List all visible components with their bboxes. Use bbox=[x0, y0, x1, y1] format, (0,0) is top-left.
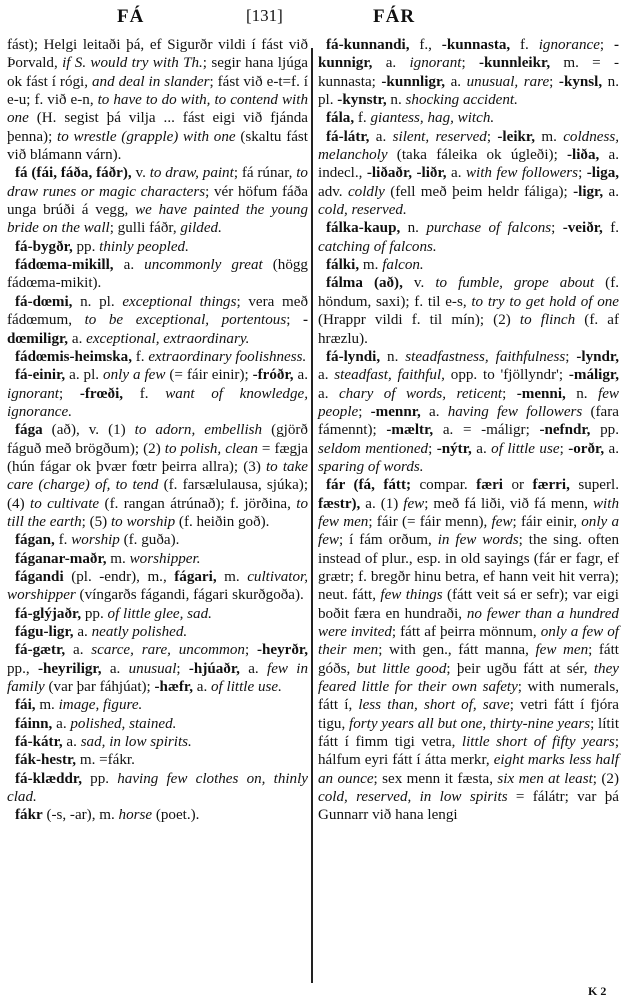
dictionary-entry: fák-hestr, m. =fákr. bbox=[7, 751, 308, 769]
headword: -fróðr, bbox=[253, 367, 294, 383]
entry-text: n. bbox=[400, 220, 426, 236]
headword: færi bbox=[476, 477, 503, 493]
entry-text: ; í fám orðum, bbox=[339, 532, 438, 548]
dictionary-entry: fákr (-s, -ar), m. horse (poet.). bbox=[7, 806, 308, 824]
dictionary-entry: fágu-ligr, a. neatly polished. bbox=[7, 623, 308, 641]
dictionary-entry: fár (fá, fátt; compar. færi or færri, su… bbox=[318, 476, 619, 825]
definition: of little use bbox=[491, 441, 559, 457]
entry-text: a. pl. bbox=[65, 367, 103, 383]
definition: image, figure. bbox=[59, 697, 143, 713]
continued-entry: fást); Helgi leitaði þá, ef Sigurðr vild… bbox=[7, 36, 308, 164]
headword: fá-kunnandi, bbox=[326, 37, 409, 53]
definition: catching of falcons. bbox=[318, 239, 437, 255]
dictionary-entry: fá-látr, a. silent, reserved; -leikr, m.… bbox=[318, 128, 619, 220]
definition: giantess, hag, witch. bbox=[370, 110, 494, 126]
dictionary-entry: fádœmis-heimska, f. extraordinary foolis… bbox=[7, 348, 308, 366]
dictionary-entry: fái, m. image, figure. bbox=[7, 696, 308, 714]
definition: ignorant bbox=[7, 386, 59, 402]
definition: few men bbox=[535, 642, 588, 658]
definition: and deal in slander bbox=[92, 74, 210, 90]
headword: fæstr), bbox=[318, 496, 360, 512]
entry-text: a. = -máligr; bbox=[433, 422, 539, 438]
entry-text: ; bbox=[551, 220, 563, 236]
entry-text: m. bbox=[359, 257, 382, 273]
entry-text: a. bbox=[102, 661, 129, 677]
entry-text: (var þar fáhjúat); bbox=[45, 679, 155, 695]
entry-text: pp. bbox=[73, 239, 99, 255]
headword: fák-hestr, bbox=[15, 752, 76, 768]
definition: few bbox=[492, 514, 513, 530]
definition: neatly polished. bbox=[92, 624, 188, 640]
definition: coldly bbox=[348, 184, 385, 200]
column-divider bbox=[311, 48, 313, 983]
entry-text: a. bbox=[114, 257, 145, 273]
right-column: fá-kunnandi, f., -kunnasta, f. ignorance… bbox=[318, 36, 619, 825]
entry-text: a. bbox=[472, 441, 491, 457]
headword: -lyndr, bbox=[576, 349, 619, 365]
definition: extraordinary foolishness. bbox=[148, 349, 306, 365]
headword: -ligr, bbox=[573, 184, 603, 200]
entry-text: f. bbox=[354, 110, 370, 126]
dictionary-entry: fá-klæddr, pp. having few clothes on, th… bbox=[7, 770, 308, 807]
definition: less than, short of, save bbox=[358, 697, 509, 713]
headword: færri, bbox=[533, 477, 570, 493]
definition: of little use. bbox=[211, 679, 282, 695]
definition: to worship bbox=[111, 514, 175, 530]
entry-text: ; bbox=[286, 312, 303, 328]
definition: steadfastness, faithfulness bbox=[405, 349, 565, 365]
definition: chary of words, reticent bbox=[339, 386, 502, 402]
entry-text: a. bbox=[63, 734, 81, 750]
definition: to cultivate bbox=[30, 496, 99, 512]
definition: sad, in low spirits. bbox=[81, 734, 192, 750]
definition: sparing of words. bbox=[318, 459, 424, 475]
definition: purchase of falcons bbox=[426, 220, 551, 236]
entry-text: pp., bbox=[7, 661, 38, 677]
definition: having few followers bbox=[448, 404, 583, 420]
entry-text: (Hrappr vildi f. til mín); (2) bbox=[318, 312, 520, 328]
entry-text: v. bbox=[132, 165, 150, 181]
dictionary-entry: fágan, f. worship (f. guða). bbox=[7, 531, 308, 549]
entry-text: ; bbox=[560, 441, 569, 457]
headword: -leikr, bbox=[497, 129, 535, 145]
definition: cold, reserved. bbox=[318, 202, 407, 218]
entry-text: (-s, -ar), m. bbox=[43, 807, 119, 823]
definition: to adorn, embellish bbox=[135, 422, 262, 438]
headword: -mæltr, bbox=[386, 422, 433, 438]
definition: few things bbox=[380, 587, 442, 603]
definition: if S. would try with Th. bbox=[62, 55, 203, 71]
headword: -kynsl, bbox=[559, 74, 602, 90]
headword: -kunnleikr, bbox=[479, 55, 550, 71]
headword: fár (fá, fátt; bbox=[326, 477, 411, 493]
headword: -nýtr, bbox=[437, 441, 472, 457]
headword: -liða, bbox=[567, 147, 599, 163]
entry-text: a. bbox=[445, 74, 467, 90]
headword: -liðaðr, -liðr, bbox=[367, 165, 447, 181]
entry-text: or bbox=[503, 477, 533, 493]
dictionary-entry: fáinn, a. polished, stained. bbox=[7, 715, 308, 733]
headword: -veiðr, bbox=[563, 220, 603, 236]
entry-text: m. bbox=[535, 129, 563, 145]
entry-text: f., bbox=[409, 37, 441, 53]
entry-text: (f. heiðin goð). bbox=[175, 514, 269, 530]
entry-text: ; bbox=[176, 661, 189, 677]
headword: -liga, bbox=[587, 165, 619, 181]
entry-text: ; with gen., fátt manna, bbox=[378, 642, 535, 658]
headword: fá-látr, bbox=[326, 129, 369, 145]
entry-text: (= fáir einir); bbox=[165, 367, 252, 383]
definition: six men at least bbox=[497, 771, 592, 787]
dictionary-entry: fá-bygðr, pp. thinly peopled. bbox=[7, 238, 308, 256]
left-column: fást); Helgi leitaði þá, ef Sigurðr vild… bbox=[7, 36, 308, 825]
headword: -frœði, bbox=[80, 386, 123, 402]
headword: fálma (að), bbox=[326, 275, 403, 291]
dictionary-entry: fágandi (pl. -endr), m., fágari, m. cult… bbox=[7, 568, 308, 605]
signature-mark: K 2 bbox=[588, 984, 606, 998]
headword: fágari, bbox=[174, 569, 216, 585]
headword: fága bbox=[15, 422, 43, 438]
entry-text: f. bbox=[510, 37, 539, 53]
headword: -hæfr, bbox=[155, 679, 193, 695]
entry-text: ; fáir einir, bbox=[513, 514, 582, 530]
entry-text: a. bbox=[318, 386, 339, 402]
entry-text: (f. guða). bbox=[120, 532, 180, 548]
headword: -máligr, bbox=[569, 367, 619, 383]
definition: uncommonly great bbox=[144, 257, 263, 273]
dictionary-entry: fá-glýjaðr, pp. of little glee, sad. bbox=[7, 605, 308, 623]
definition: unusual bbox=[129, 661, 177, 677]
entry-text: a. bbox=[604, 441, 619, 457]
entry-text: ; gulli fáðr, bbox=[110, 220, 181, 236]
page-number: [131] bbox=[246, 6, 283, 26]
definition: in few words bbox=[438, 532, 519, 548]
entry-text: ; (2) bbox=[593, 771, 619, 787]
headword: fádœma-mikill, bbox=[15, 257, 114, 273]
entry-text: ; bbox=[549, 74, 559, 90]
definition: silent, reserved bbox=[393, 129, 487, 145]
entry-text: opp. to 'fjöllyndr'; bbox=[445, 367, 569, 383]
headword: fáinn, bbox=[15, 716, 52, 732]
entry-text: ; þeir ugðu fátt at sér, bbox=[446, 661, 593, 677]
dictionary-entry: fáganar-maðr, m. worshipper. bbox=[7, 550, 308, 568]
entry-text: ; með fá liði, við fá menn, bbox=[424, 496, 593, 512]
entry-text: (pl. -endr), m., bbox=[64, 569, 175, 585]
entry-text: v. bbox=[403, 275, 435, 291]
entry-text: (taka fáleika ok úgleði); bbox=[388, 147, 567, 163]
definition: polished, stained. bbox=[70, 716, 176, 732]
entry-text: f. bbox=[55, 532, 71, 548]
entry-text: (víngarðs fágandi, fágari skurðgoða). bbox=[76, 587, 304, 603]
definition: to fumble, grope about bbox=[435, 275, 594, 291]
definition: only a few bbox=[103, 367, 165, 383]
headword: fáganar-maðr, bbox=[15, 551, 107, 567]
dictionary-entry: fálka-kaup, n. purchase of falcons; -vei… bbox=[318, 219, 619, 256]
definition: unusual, rare bbox=[467, 74, 550, 90]
entry-text: f. bbox=[123, 386, 165, 402]
entry-text: ; bbox=[245, 642, 257, 658]
dictionary-entry: fága (að), v. (1) to adorn, embellish (g… bbox=[7, 421, 308, 531]
dictionary-entry: fá-lyndi, n. steadfastness, faithfulness… bbox=[318, 348, 619, 476]
definition: to be exceptional, portentous bbox=[85, 312, 287, 328]
entry-text: pp. bbox=[82, 771, 117, 787]
definition: worshipper. bbox=[130, 551, 201, 567]
headword: fágandi bbox=[15, 569, 64, 585]
entry-text: (f. rangan átrúnað); f. jörðina, bbox=[99, 496, 296, 512]
entry-text: n. bbox=[380, 349, 405, 365]
entry-text: compar. bbox=[411, 477, 476, 493]
definition: to polish, clean bbox=[165, 441, 258, 457]
headword: fái, bbox=[15, 697, 36, 713]
headword: fákr bbox=[15, 807, 43, 823]
definition: shocking accident. bbox=[406, 92, 518, 108]
headword: fá-bygðr, bbox=[15, 239, 73, 255]
dictionary-entry: fálki, m. falcon. bbox=[318, 256, 619, 274]
definition: little short of fifty years bbox=[462, 734, 615, 750]
entry-text: a. bbox=[74, 624, 92, 640]
entry-text: f. bbox=[603, 220, 619, 236]
headword: -nefndr, bbox=[539, 422, 590, 438]
definition: to draw, paint bbox=[150, 165, 234, 181]
definition: cold, reserved, in low spirits bbox=[318, 789, 508, 805]
headword: fála, bbox=[326, 110, 354, 126]
entry-text: a. bbox=[52, 716, 70, 732]
right-guide-word: FÁR bbox=[373, 6, 415, 28]
dictionary-entry: fá-kátr, a. sad, in low spirits. bbox=[7, 733, 308, 751]
page-header: FÁ [131] FÁR bbox=[0, 0, 625, 34]
definition: horse bbox=[119, 807, 153, 823]
definition: ignorance bbox=[539, 37, 600, 53]
definition: to try to get hold of one bbox=[471, 294, 619, 310]
entry-text: m. bbox=[36, 697, 59, 713]
entry-text: (fell með þeim heldr fáliga); bbox=[385, 184, 573, 200]
dictionary-entry: fálma (að), v. to fumble, grope about (f… bbox=[318, 274, 619, 347]
entry-text: a. bbox=[369, 129, 392, 145]
entry-text: ; bbox=[487, 129, 498, 145]
definition: forty years all but one, thirty-nine yea… bbox=[349, 716, 590, 732]
entry-text: (poet.). bbox=[152, 807, 199, 823]
dictionary-entry: fá (fái, fáða, fáðr), v. to draw, paint;… bbox=[7, 164, 308, 237]
headword: fágu-ligr, bbox=[15, 624, 74, 640]
headword: -hjúaðr, bbox=[189, 661, 240, 677]
headword: fálka-kaup, bbox=[326, 220, 400, 236]
dictionary-entry: fá-dœmi, n. pl. exceptional things; vera… bbox=[7, 293, 308, 348]
entry-text: a. (1) bbox=[360, 496, 403, 512]
entry-text: ; bbox=[428, 441, 437, 457]
dictionary-entry: fá-kunnandi, f., -kunnasta, f. ignorance… bbox=[318, 36, 619, 109]
entry-text: ; fáir (= fáir menn), bbox=[368, 514, 491, 530]
definition: steadfast, faithful, bbox=[334, 367, 445, 383]
headword: fágan, bbox=[15, 532, 55, 548]
definition: to wrestle (grapple) with one bbox=[57, 129, 236, 145]
entry-text: m. bbox=[107, 551, 130, 567]
entry-text: m. bbox=[217, 569, 248, 585]
definition: gilded. bbox=[180, 220, 222, 236]
entry-text: adv. bbox=[318, 184, 348, 200]
headword: fá-lyndi, bbox=[326, 349, 380, 365]
entry-text: a. bbox=[240, 661, 267, 677]
entry-text: pp. bbox=[81, 606, 107, 622]
definition: ignorant bbox=[409, 55, 461, 71]
entry-text: a. bbox=[68, 331, 86, 347]
left-guide-word: FÁ bbox=[117, 6, 144, 28]
entry-text: (að), v. (1) bbox=[43, 422, 135, 438]
entry-text: ; (5) bbox=[82, 514, 111, 530]
entry-text: ; bbox=[578, 165, 587, 181]
headword: fá (fái, fáða, fáðr), bbox=[15, 165, 132, 181]
entry-text: a. bbox=[193, 679, 211, 695]
headword: -menni, bbox=[517, 386, 566, 402]
headword: fá-glýjaðr, bbox=[15, 606, 81, 622]
entry-text: ; bbox=[502, 386, 517, 402]
definition: of little glee, sad. bbox=[108, 606, 212, 622]
definition: to flinch bbox=[520, 312, 575, 328]
headword: -kunnasta, bbox=[442, 37, 510, 53]
entry-text: n. pl. bbox=[72, 294, 122, 310]
definition: exceptional things bbox=[122, 294, 236, 310]
entry-text: ; bbox=[461, 55, 478, 71]
definition: but little good bbox=[357, 661, 447, 677]
entry-text: a. bbox=[372, 55, 409, 71]
entry-text: ; fá rúnar, bbox=[234, 165, 296, 181]
dictionary-entry: fá-einir, a. pl. only a few (= fáir eini… bbox=[7, 366, 308, 421]
headword: fálki, bbox=[326, 257, 359, 273]
dictionary-entry: fála, f. giantess, hag, witch. bbox=[318, 109, 619, 127]
headword: -heyrðr, bbox=[257, 642, 308, 658]
headword: fádœmis-heimska, bbox=[15, 349, 132, 365]
definition: with few followers bbox=[466, 165, 578, 181]
entry-text: a. bbox=[65, 642, 91, 658]
entry-text: a. bbox=[421, 404, 448, 420]
entry-text: a. bbox=[603, 184, 619, 200]
headword: -orðr, bbox=[568, 441, 604, 457]
headword: -kynstr, bbox=[337, 92, 386, 108]
entry-text: ; bbox=[59, 386, 80, 402]
entry-text: m. =fákr. bbox=[76, 752, 135, 768]
definition: scarce, rare, uncommon bbox=[91, 642, 245, 658]
entry-text: ; bbox=[600, 37, 614, 53]
entry-text: pp. bbox=[590, 422, 619, 438]
headword: fá-dœmi, bbox=[15, 294, 72, 310]
headword: fá-einir, bbox=[15, 367, 65, 383]
headword: -mennr, bbox=[371, 404, 421, 420]
entry-text: a. bbox=[294, 367, 308, 383]
headword: fá-kátr, bbox=[15, 734, 63, 750]
dictionary-entry: fádœma-mikill, a. uncommonly great (högg… bbox=[7, 256, 308, 293]
entry-text: ; bbox=[358, 404, 370, 420]
definition: few bbox=[403, 496, 424, 512]
definition: worship bbox=[71, 532, 120, 548]
definition: falcon. bbox=[382, 257, 424, 273]
entry-text: superl. bbox=[570, 477, 619, 493]
entry-text: ; bbox=[565, 349, 576, 365]
definition: thinly peopled. bbox=[99, 239, 189, 255]
headword: -heyriligr, bbox=[38, 661, 102, 677]
entry-text: f. bbox=[132, 349, 148, 365]
dictionary-entry: fá-gætr, a. scarce, rare, uncommon; -hey… bbox=[7, 641, 308, 696]
entry-text: n. bbox=[387, 92, 406, 108]
entry-text: n. bbox=[566, 386, 598, 402]
headword: fá-klæddr, bbox=[15, 771, 82, 787]
entry-text: ; sex menn it fæsta, bbox=[374, 771, 498, 787]
definition: exceptional, extraordinary. bbox=[86, 331, 249, 347]
entry-text: ; fátt af þeirra mönnum, bbox=[392, 624, 541, 640]
definition: seldom mentioned bbox=[318, 441, 428, 457]
entry-text: a. bbox=[318, 367, 334, 383]
headword: fá-gætr, bbox=[15, 642, 65, 658]
entry-text: a. bbox=[447, 165, 466, 181]
headword: -kunnligr, bbox=[381, 74, 445, 90]
